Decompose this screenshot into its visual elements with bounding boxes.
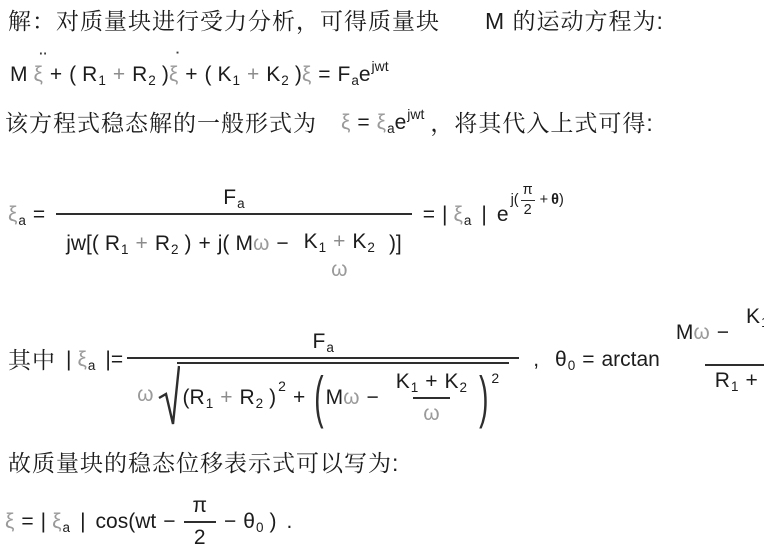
plus-operator: + xyxy=(745,369,757,393)
plus-operator: + xyxy=(425,370,437,394)
subscript-2: 2 xyxy=(171,242,179,258)
plus-operator: + xyxy=(113,63,125,87)
subscript-a: a xyxy=(63,520,71,536)
plus-operator: + xyxy=(50,63,62,87)
stack-denominator: ω xyxy=(327,256,351,282)
xi-symbol: ξ xyxy=(302,63,311,87)
minus-operator: − xyxy=(224,510,236,534)
squared-exponent: 2 xyxy=(491,370,499,386)
fraction-arctan: M ω − K1 + K2 ω R1 + R2 xyxy=(666,305,764,393)
theta-symbol: θ xyxy=(243,510,255,534)
document-page: 解：对质量块进行受力分析，可得质量块 M 的运动方程为: M ¨ ξ + ( R… xyxy=(0,0,764,557)
subscript-2: 2 xyxy=(281,73,289,89)
vertical-bar: | xyxy=(41,510,46,534)
plus-operator: + xyxy=(333,230,345,254)
equals-operator: = xyxy=(21,510,33,534)
subscript-a: a xyxy=(326,340,334,356)
comma: , xyxy=(533,348,539,372)
euler-e: e xyxy=(497,203,509,227)
vertical-bar: | xyxy=(80,510,85,534)
equation-motion: M ¨ ξ + ( R1 + R2 ) ˙ ξ + ( K1 + K2 ) ξ … xyxy=(10,52,389,98)
fraction-denominator: R1 + R2 xyxy=(705,364,764,393)
close-paren: ) xyxy=(269,510,276,534)
variable-M: M xyxy=(326,386,344,410)
minus-operator: − xyxy=(717,321,729,345)
stack-numerator: K1 + K2 xyxy=(300,230,379,256)
fraction-main: Fa jw[( R1 + R2 ) + j( M ω − K1 + K2 xyxy=(56,186,412,270)
inner-fraction-K-over-omega: K1 + K2 ω xyxy=(386,370,477,426)
plus-operator: + xyxy=(293,386,305,410)
subscript-a: a xyxy=(464,213,472,229)
paragraph-intro: 解：对质量块进行受力分析，可得质量块 M 的运动方程为: xyxy=(8,8,664,34)
xi-symbol: ξ xyxy=(8,203,17,227)
subscript-1: 1 xyxy=(233,73,241,89)
big-open-paren: ( xyxy=(314,369,323,426)
theta-symbol: θ xyxy=(551,192,559,209)
fraction-denominator: jw[( R1 + R2 ) + j( M ω − K1 + K2 ω xyxy=(56,213,412,270)
xi-symbol: ξ xyxy=(454,203,463,227)
theta-symbol: θ xyxy=(555,348,567,372)
close-paren: ) xyxy=(162,63,169,87)
vertical-bar: | xyxy=(481,203,486,227)
omega-symbol: ω xyxy=(423,402,439,426)
fraction-numerator: Fa xyxy=(213,186,254,213)
omega-symbol: ω xyxy=(253,232,269,256)
subscript-1: 1 xyxy=(411,380,419,396)
subscript-0: 0 xyxy=(256,520,264,536)
plus-operator: + xyxy=(199,232,211,256)
variable-R1: R xyxy=(105,232,120,256)
cos-function: cos(wt xyxy=(96,510,157,534)
vertical-bar: | xyxy=(442,203,447,227)
qizhong-label-cn: 其中 xyxy=(8,347,56,373)
variable-K1: K xyxy=(304,230,318,254)
exponent-phase: j( π 2 + θ ) xyxy=(511,182,564,218)
exponent-jwt: jwt xyxy=(372,58,389,74)
fraction-denominator: ω xyxy=(413,397,449,426)
variable-K2: K xyxy=(266,63,280,87)
conclusion-text-cn: 故质量块的稳态位移表示式可以写为: xyxy=(8,450,399,476)
solution-tail-cn: ，将其代入上式可得: xyxy=(430,110,653,136)
jw-bracket-open: jw[( xyxy=(66,232,99,256)
xi-symbol: ξ xyxy=(77,348,86,372)
subscript-1: 1 xyxy=(731,379,739,395)
variable-R1: R xyxy=(190,386,205,410)
open-paren: ( xyxy=(204,63,211,87)
subscript-2: 2 xyxy=(367,240,375,256)
subscript-0: 0 xyxy=(568,358,576,374)
fraction-denominator: ω ( R1 + R2 ) 2 + ( M ω xyxy=(127,357,519,428)
equation-complex-amplitude: ξa = Fa jw[( R1 + R2 ) + j( M ω − K1 + xyxy=(8,170,564,260)
big-close-paren: ) xyxy=(479,369,488,426)
plus-operator: + xyxy=(220,386,232,410)
subscript-2: 2 xyxy=(148,73,156,89)
minus-operator: − xyxy=(366,386,378,410)
period: . xyxy=(286,510,292,534)
digit-2: 2 xyxy=(521,200,535,219)
variable-R1: R xyxy=(715,369,730,393)
equals-operator: = xyxy=(423,203,435,227)
euler-e: e xyxy=(359,63,371,87)
digit-2: 2 xyxy=(184,521,216,550)
omega-symbol: ω xyxy=(693,321,709,345)
subscript-1: 1 xyxy=(206,396,214,412)
fraction-numerator: K1 + K2 xyxy=(386,370,477,397)
pi-symbol: π xyxy=(520,182,536,200)
variable-M: M xyxy=(235,232,253,256)
arctan-function: arctan xyxy=(602,348,660,372)
fraction-numerator: Fa xyxy=(302,330,343,357)
fraction-pi-over-2: π 2 xyxy=(182,494,217,550)
variable-R2: R xyxy=(155,232,170,256)
subscript-a: a xyxy=(88,358,96,374)
variable-R1: R xyxy=(82,63,97,87)
open-paren: ( xyxy=(183,386,190,410)
plus-operator: + xyxy=(247,63,259,87)
inline-formula-xi: ξ = ξa ejwt xyxy=(341,111,424,135)
equals-operator: = xyxy=(582,348,594,372)
paragraph-solution-form: 该方程式稳态解的一般形式为 ξ = ξa ejwt ，将其代入上式可得: xyxy=(5,110,654,136)
square-root: ( R1 + R2 ) 2 + ( M ω − K1 xyxy=(158,362,510,428)
open-paren: ( xyxy=(69,63,76,87)
variable-F: F xyxy=(337,63,350,87)
double-dot-accent: ¨ xyxy=(40,50,47,72)
variable-K2: K xyxy=(352,230,366,254)
pi-symbol: π xyxy=(182,494,217,521)
variable-K1: K xyxy=(746,305,760,329)
variable-K1: K xyxy=(396,370,410,394)
mini-fraction-pi-over-2: π 2 xyxy=(520,182,536,218)
fraction-magnitude: Fa ω ( R1 + R2 ) 2 + ( xyxy=(127,330,519,428)
xi-symbol: ξ xyxy=(377,111,386,135)
j-open: j( xyxy=(218,232,230,256)
subscript-a: a xyxy=(351,73,359,89)
fraction-numerator: K1 + K2 xyxy=(736,305,764,332)
subscript-1: 1 xyxy=(98,73,106,89)
omega-symbol: ω xyxy=(331,258,347,282)
sqrt-body: ( R1 + R2 ) 2 + ( M ω − K1 xyxy=(177,362,510,428)
omega-symbol: ω xyxy=(343,386,359,410)
exponent-jwt: jwt xyxy=(407,106,424,122)
xi-first-derivative: ˙ ξ xyxy=(169,63,178,87)
xi-second-derivative: ¨ ξ xyxy=(34,63,43,87)
bracket-close: )] xyxy=(389,232,402,256)
squared-exponent: 2 xyxy=(278,378,286,394)
subscript-1: 1 xyxy=(121,242,129,258)
subscript-2: 2 xyxy=(256,396,264,412)
variable-M: M xyxy=(676,321,694,345)
plus-operator: + xyxy=(540,192,548,209)
solution-lead-cn: 该方程式稳态解的一般形式为 xyxy=(5,110,317,136)
subscript-2: 2 xyxy=(460,380,468,396)
subscript-a: a xyxy=(237,196,245,212)
equation-magnitude-phase: 其中 | ξa |= Fa ω ( R1 + R2 ) xyxy=(8,290,764,430)
vertical-bar: | xyxy=(66,348,71,372)
equals-operator: = xyxy=(33,203,45,227)
paragraph-conclusion: 故质量块的稳态位移表示式可以写为: xyxy=(8,450,399,476)
fraction-numerator: M ω − K1 + K2 ω xyxy=(666,305,764,364)
dot-accent: ˙ xyxy=(175,50,182,72)
close-paren: ) xyxy=(295,63,302,87)
xi-symbol: ξ xyxy=(5,510,14,534)
stacked-fraction-K-over-omega: K1 + K2 ω xyxy=(300,230,379,282)
equals-operator: = xyxy=(318,63,330,87)
variable-K1: K xyxy=(217,63,231,87)
minus-operator: − xyxy=(276,232,288,256)
variable-M: M xyxy=(10,63,28,87)
equals-operator: = xyxy=(357,111,369,135)
minus-operator: − xyxy=(163,510,175,534)
subscript-a: a xyxy=(387,121,395,137)
equals-operator: = xyxy=(111,348,123,372)
variable-K2: K xyxy=(445,370,459,394)
inner-fraction-K-over-omega: K1 + K2 ω xyxy=(736,305,764,361)
close-paren: ) xyxy=(269,386,276,410)
omega-symbol: ω xyxy=(137,383,153,407)
equation-displacement: ξ =| ξa | cos(wt − π 2 − θ0 ) . xyxy=(5,492,292,552)
xi-symbol: ξ xyxy=(52,510,61,534)
subscript-a: a xyxy=(18,213,26,229)
subscript-1: 1 xyxy=(319,240,327,256)
close-paren: ) xyxy=(185,232,192,256)
close-paren: ) xyxy=(559,192,564,209)
plus-operator: + xyxy=(185,63,197,87)
variable-R2: R xyxy=(132,63,147,87)
plus-operator: + xyxy=(136,232,148,256)
xi-symbol: ξ xyxy=(341,111,350,135)
euler-e: e xyxy=(395,111,407,135)
variable-F: F xyxy=(223,186,236,210)
j-open: j( xyxy=(511,192,519,209)
variable-F: F xyxy=(312,330,325,354)
intro-text-cn: 解：对质量块进行受力分析，可得质量块 xyxy=(8,8,440,34)
intro-text-tail: M 的运动方程为: xyxy=(485,8,664,34)
variable-R2: R xyxy=(239,386,254,410)
